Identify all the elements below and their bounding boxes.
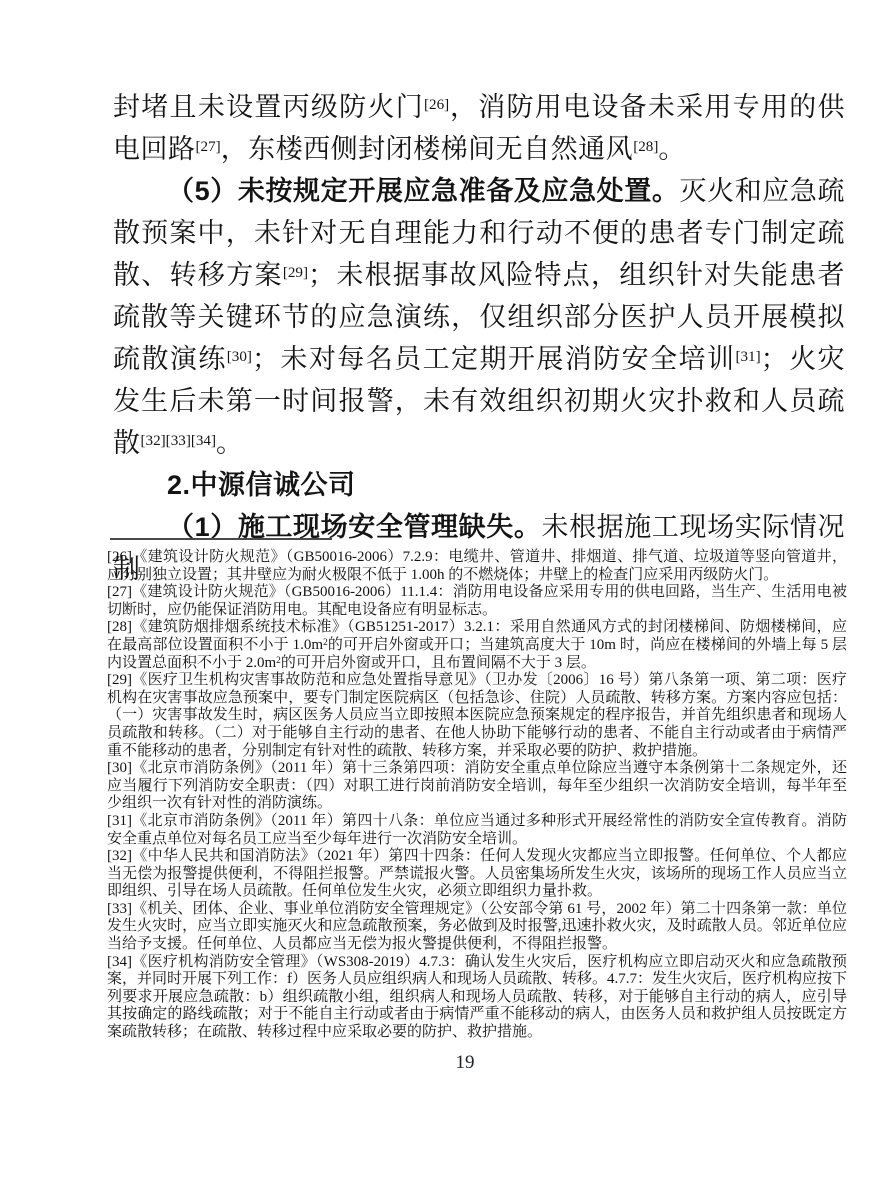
text-segment: 封堵且未设置丙级防火门 [113,92,424,122]
footnote-34: [34]《医疗机构消防安全管理》（WS308-2019）4.7.3：确认发生火灾… [107,954,847,1042]
document-page: 封堵且未设置丙级防火门[26]，消防用电设备未采用专用的供电回路[27]，东楼西… [0,0,885,1180]
footnote-27: [27]《建筑设计防火规范》（GB50016-2006）11.1.4：消防用电设… [107,584,847,619]
text-segment: [34]《医疗机构消防安全管理》（WS308-2019）4.7.3：确认发生火灾… [107,954,847,1040]
footnote-26: [26]《建筑设计防火规范》（GB50016-2006）7.2.9：电缆井、管道… [107,549,847,584]
text-segment: [31]《北京市消防条例》（2011 年）第四十八条：单位应当通过多种形式开展经… [107,813,847,847]
footnote-reference-superscript: [29] [283,265,308,281]
footnote-reference-superscript: [28] [633,139,658,155]
footnote-reference-superscript: [31] [735,349,760,365]
footnote-reference-superscript: 2 [276,656,281,666]
footnote-29: [29]《医疗卫生机构灾害事故防范和应急处置指导意见》（卫办发〔2006〕16 … [107,672,847,760]
footnote-33: [33]《机关、团体、企业、事业单位消防安全管理规定》（公安部令第 61 号，2… [107,901,847,954]
text-segment: 2.中源信诚公司 [167,470,356,500]
footnote-reference-superscript: 2 [323,638,328,648]
body-paragraph-item5: （5）未按规定开展应急准备及应急处置。灭火和应急疏散预案中，未针对无自理能力和行… [113,170,845,464]
text-segment: ，东楼西侧封闭楼梯间无自然通风 [221,134,634,164]
text-segment: [27]《建筑设计防火规范》（GB50016-2006）11.1.4：消防用电设… [107,584,847,618]
text-segment: 。 [658,134,686,164]
body-text-block: 封堵且未设置丙级防火门[26]，消防用电设备未采用专用的供电回路[27]，东楼西… [113,86,845,590]
text-segment: [26]《建筑设计防火规范》（GB50016-2006）7.2.9：电缆井、管道… [107,549,847,583]
body-heading-company2: 2.中源信诚公司 [113,464,845,506]
footnote-28: [28]《建筑防烟排烟系统技术标准》（GB51251-2017）3.2.1：采用… [107,619,847,672]
footnote-separator [110,538,332,540]
text-segment: [29]《医疗卫生机构灾害事故防范和应急处置指导意见》（卫办发〔2006〕16 … [107,672,847,758]
text-segment: ；未对每名员工定期开展消防安全培训 [252,344,735,374]
footnote-reference-superscript: [30] [227,349,252,365]
text-segment: （5）未按规定开展应急准备及应急处置。 [167,176,679,206]
footnote-32: [32]《中华人民共和国消防法》（2021 年）第四十四条：任何人发现火灾都应当… [107,848,847,901]
footnote-reference-superscript: [26] [424,97,449,113]
body-paragraph-continuation: 封堵且未设置丙级防火门[26]，消防用电设备未采用专用的供电回路[27]，东楼西… [113,86,845,170]
footnote-30: [30]《北京市消防条例》（2011 年）第十三条第四项：消防安全重点单位除应当… [107,760,847,813]
footnote-reference-superscript: [27] [196,139,221,155]
footnotes-section: [26]《建筑设计防火规范》（GB50016-2006）7.2.9：电缆井、管道… [107,549,847,1042]
text-segment: 。 [216,428,244,458]
footnote-reference-superscript: [32][33][34] [141,433,217,449]
text-segment: [30]《北京市消防条例》（2011 年）第十三条第四项：消防安全重点单位除应当… [107,760,847,811]
text-segment: [32]《中华人民共和国消防法》（2021 年）第四十四条：任何人发现火灾都应当… [107,848,847,899]
page-number: 19 [45,1052,885,1074]
text-segment: 的可开启外窗或开口，且布置间隔不大于 3 层。 [281,655,596,671]
footnote-31: [31]《北京市消防条例》（2011 年）第四十八条：单位应当通过多种形式开展经… [107,813,847,848]
text-segment: [33]《机关、团体、企业、事业单位消防安全管理规定》（公安部令第 61 号，2… [107,901,847,952]
